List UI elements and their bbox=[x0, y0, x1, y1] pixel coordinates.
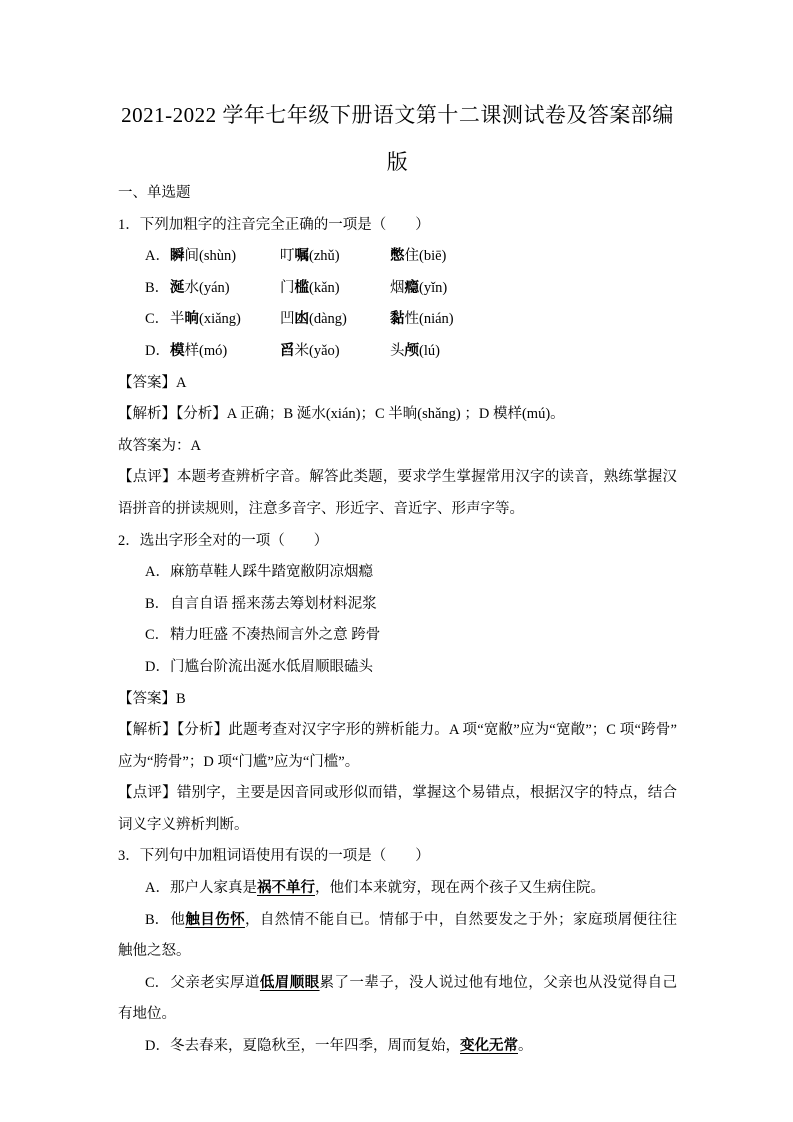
q1-b-word-1: 涎水(yán) bbox=[170, 273, 280, 305]
sentence-pre: 父亲老实厚道 bbox=[170, 975, 260, 991]
word-post: (kǎn) bbox=[309, 280, 340, 296]
word-pre: 凹 bbox=[280, 311, 295, 327]
q1-c-word-2: 凹凼(dàng) bbox=[280, 304, 390, 336]
q1-b-word-2: 门槛(kǎn) bbox=[280, 273, 390, 305]
word-post: (dàng) bbox=[309, 311, 347, 327]
q2-option-b: B．自言自语 摇来荡去筹划材料泥浆 bbox=[118, 589, 677, 621]
q1-a-word-1: 瞬间(shùn) bbox=[170, 241, 280, 273]
word-bold: 舀 bbox=[280, 343, 295, 359]
word-pre: 头 bbox=[390, 343, 405, 359]
q1-option-c: C．半晌(xiǎng)凹凼(dàng)黏性(nián) bbox=[118, 304, 677, 336]
option-label: A． bbox=[145, 557, 170, 589]
q1-d-word-3: 头颅(lú) bbox=[390, 336, 440, 368]
marked-phrase: 变化无常 bbox=[460, 1038, 518, 1054]
option-label: B． bbox=[145, 905, 170, 937]
sentence-pre: 冬去春来，夏隐秋至，一年四季，周而复始， bbox=[170, 1038, 460, 1054]
q1-option-b: B．涎水(yán)门槛(kǎn)烟瘾(yǐn) bbox=[118, 273, 677, 305]
q3-option-d: D．冬去春来，夏隐秋至，一年四季，周而复始，变化无常。 bbox=[118, 1031, 677, 1063]
q2-answer: 【答案】B bbox=[118, 684, 677, 716]
q1-conclusion: 故答案为：A bbox=[118, 431, 677, 463]
word-bold: 颅 bbox=[405, 343, 420, 359]
q1-c-word-1: 半晌(xiǎng) bbox=[170, 304, 280, 336]
word-bold: 嘱 bbox=[295, 248, 310, 264]
word-post: (xiǎng) bbox=[199, 311, 241, 327]
word-pre: 半 bbox=[170, 311, 185, 327]
q3-stem: 3．下列句中加粗词语使用有误的一项是（ ） bbox=[118, 841, 677, 873]
document-page: 2021-2022 学年七年级下册语文第十二课测试卷及答案部编 版 一、单选题 … bbox=[0, 0, 793, 1122]
sentence-post: 。 bbox=[518, 1038, 533, 1054]
word-pre: 门 bbox=[280, 280, 295, 296]
word-post: 性(nián) bbox=[405, 311, 454, 327]
q1-stem: 1．下列加粗字的注音完全正确的一项是（ ） bbox=[118, 210, 677, 242]
option-label: A． bbox=[145, 873, 170, 905]
q1-b-word-3: 烟瘾(yǐn) bbox=[390, 273, 447, 305]
word-post: 水(yán) bbox=[185, 280, 230, 296]
q1-comment: 【点评】本题考查辨析字音。解答此类题，要求学生掌握常用汉字的读音，熟练掌握汉语拼… bbox=[118, 462, 677, 525]
word-post: (lú) bbox=[419, 343, 440, 359]
q2-option-d: D．门尴台阶流出涎水低眉顺眼磕头 bbox=[118, 652, 677, 684]
q1-answer: 【答案】A bbox=[118, 368, 677, 400]
word-post: (zhǔ) bbox=[309, 248, 340, 264]
word-bold: 涎 bbox=[170, 280, 185, 296]
q1-c-word-3: 黏性(nián) bbox=[390, 304, 454, 336]
sentence-pre: 那户人家真是 bbox=[170, 880, 257, 896]
q2-analysis: 【解析】【分析】此题考查对汉字字形的辨析能力。A 项“宽敝”应为“宽敞”；C 项… bbox=[118, 715, 677, 778]
q1-a-word-2: 叮嘱(zhǔ) bbox=[280, 241, 390, 273]
title-line-1: 2021-2022 学年七年级下册语文第十二课测试卷及答案部编 bbox=[118, 92, 677, 139]
q3-option-a: A．那户人家真是祸不单行，他们本来就穷，现在两个孩子又生病住院。 bbox=[118, 873, 677, 905]
word-post: 样(mó) bbox=[185, 343, 228, 359]
q1-option-d: D．模样(mó)舀米(yǎo)头颅(lú) bbox=[118, 336, 677, 368]
option-label: D． bbox=[145, 336, 170, 368]
word-bold: 憋 bbox=[390, 248, 405, 264]
option-label: B． bbox=[145, 589, 170, 621]
word-bold: 瘾 bbox=[405, 280, 420, 296]
option-text: 门尴台阶流出涎水低眉顺眼磕头 bbox=[170, 659, 373, 675]
q1-analysis: 【解析】【分析】A 正确；B 涎水(xián)；C 半晌(shǎng) ；D 模… bbox=[118, 399, 677, 431]
q2-comment: 【点评】错别字，主要是因音同或形似而错，掌握这个易错点，根据汉字的特点，结合词义… bbox=[118, 778, 677, 841]
q2-option-c: C．精力旺盛 不凑热闹言外之意 跨骨 bbox=[118, 620, 677, 652]
option-label: C． bbox=[145, 968, 170, 1000]
word-bold: 瞬 bbox=[170, 248, 185, 264]
option-label: D． bbox=[145, 1031, 170, 1063]
option-label: C． bbox=[145, 620, 170, 652]
q3-option-c: C．父亲老实厚道低眉顺眼累了一辈子，没人说过他有地位，父亲也从没觉得自己有地位。 bbox=[118, 968, 677, 1031]
word-bold: 凼 bbox=[295, 311, 310, 327]
word-post: 间(shùn) bbox=[185, 248, 237, 264]
option-label: B． bbox=[145, 273, 170, 305]
option-text: 自言自语 摇来荡去筹划材料泥浆 bbox=[170, 596, 377, 612]
q1-d-word-2: 舀米(yǎo) bbox=[280, 336, 390, 368]
q1-d-word-1: 模样(mó) bbox=[170, 336, 280, 368]
q3-option-b: B．他触目伤怀，自然情不能自已。情郁于中，自然要发之于外；家庭琐屑便往往触他之怒… bbox=[118, 905, 677, 968]
word-bold: 模 bbox=[170, 343, 185, 359]
word-bold: 槛 bbox=[295, 280, 310, 296]
q2-stem: 2．选出字形全对的一项（ ） bbox=[118, 526, 677, 558]
option-text: 精力旺盛 不凑热闹言外之意 跨骨 bbox=[170, 627, 380, 643]
q2-option-a: A．麻筋草鞋人踩牛踏宽敝阴凉烟瘾 bbox=[118, 557, 677, 589]
option-label: C． bbox=[145, 304, 170, 336]
word-bold: 晌 bbox=[185, 311, 200, 327]
word-post: 米(yǎo) bbox=[295, 343, 340, 359]
q1-option-a: A．瞬间(shùn)叮嘱(zhǔ)憋住(biē) bbox=[118, 241, 677, 273]
marked-phrase: 低眉顺眼 bbox=[260, 975, 320, 991]
word-pre: 叮 bbox=[280, 248, 295, 264]
word-post: 住(biē) bbox=[405, 248, 447, 264]
sentence-post: ，他们本来就穷，现在两个孩子又生病住院。 bbox=[315, 880, 605, 896]
word-pre: 烟 bbox=[390, 280, 405, 296]
marked-phrase: 祸不单行 bbox=[257, 880, 315, 896]
option-label: A． bbox=[145, 241, 170, 273]
marked-phrase: 触目伤怀 bbox=[185, 912, 245, 928]
word-post: (yǐn) bbox=[419, 280, 447, 296]
word-bold: 黏 bbox=[390, 311, 405, 327]
q1-a-word-3: 憋住(biē) bbox=[390, 241, 446, 273]
document-title: 2021-2022 学年七年级下册语文第十二课测试卷及答案部编 版 bbox=[118, 92, 677, 186]
sentence-pre: 他 bbox=[170, 912, 185, 928]
option-text: 麻筋草鞋人踩牛踏宽敝阴凉烟瘾 bbox=[170, 564, 373, 580]
option-label: D． bbox=[145, 652, 170, 684]
